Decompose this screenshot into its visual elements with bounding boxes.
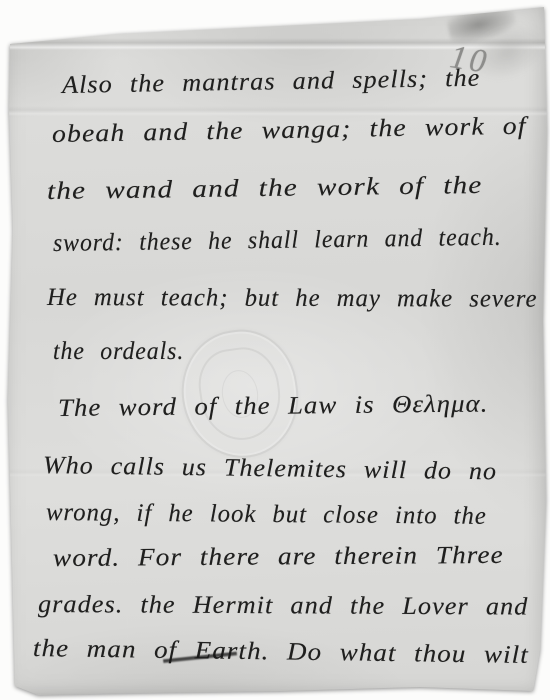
manuscript-line-12: the man of Earth. Do what thou wilt bbox=[33, 635, 529, 670]
manuscript-line-2: obeah and the wanga; the work of bbox=[52, 113, 527, 149]
manuscript-line-3: the wand and the work of the bbox=[47, 172, 483, 206]
manuscript-line-6: the ordeals. bbox=[53, 338, 184, 366]
paper-wrapper: 10 Also the mantras and spells; the obea… bbox=[0, 0, 550, 700]
manuscript-line-1: Also the mantras and spells; the bbox=[62, 65, 481, 100]
manuscript-line-8: Who calls us Thelemites will do no bbox=[43, 452, 497, 486]
manuscript-line-5: He must teach; but he may make severe bbox=[47, 284, 538, 314]
manuscript-line-11: grades. the Hermit and the Lover and bbox=[38, 591, 529, 622]
manuscript-line-4: sword: these he shall learn and teach. bbox=[53, 224, 502, 258]
manuscript-page: 10 Also the mantras and spells; the obea… bbox=[0, 0, 550, 700]
manuscript-line-10: word. For there are therein Three bbox=[53, 542, 504, 573]
manuscript-scan: 10 Also the mantras and spells; the obea… bbox=[0, 0, 550, 700]
manuscript-line-7: The word of the Law is Θελημα. bbox=[58, 390, 489, 423]
manuscript-line-9: wrong, if he look but close into the bbox=[46, 499, 487, 531]
